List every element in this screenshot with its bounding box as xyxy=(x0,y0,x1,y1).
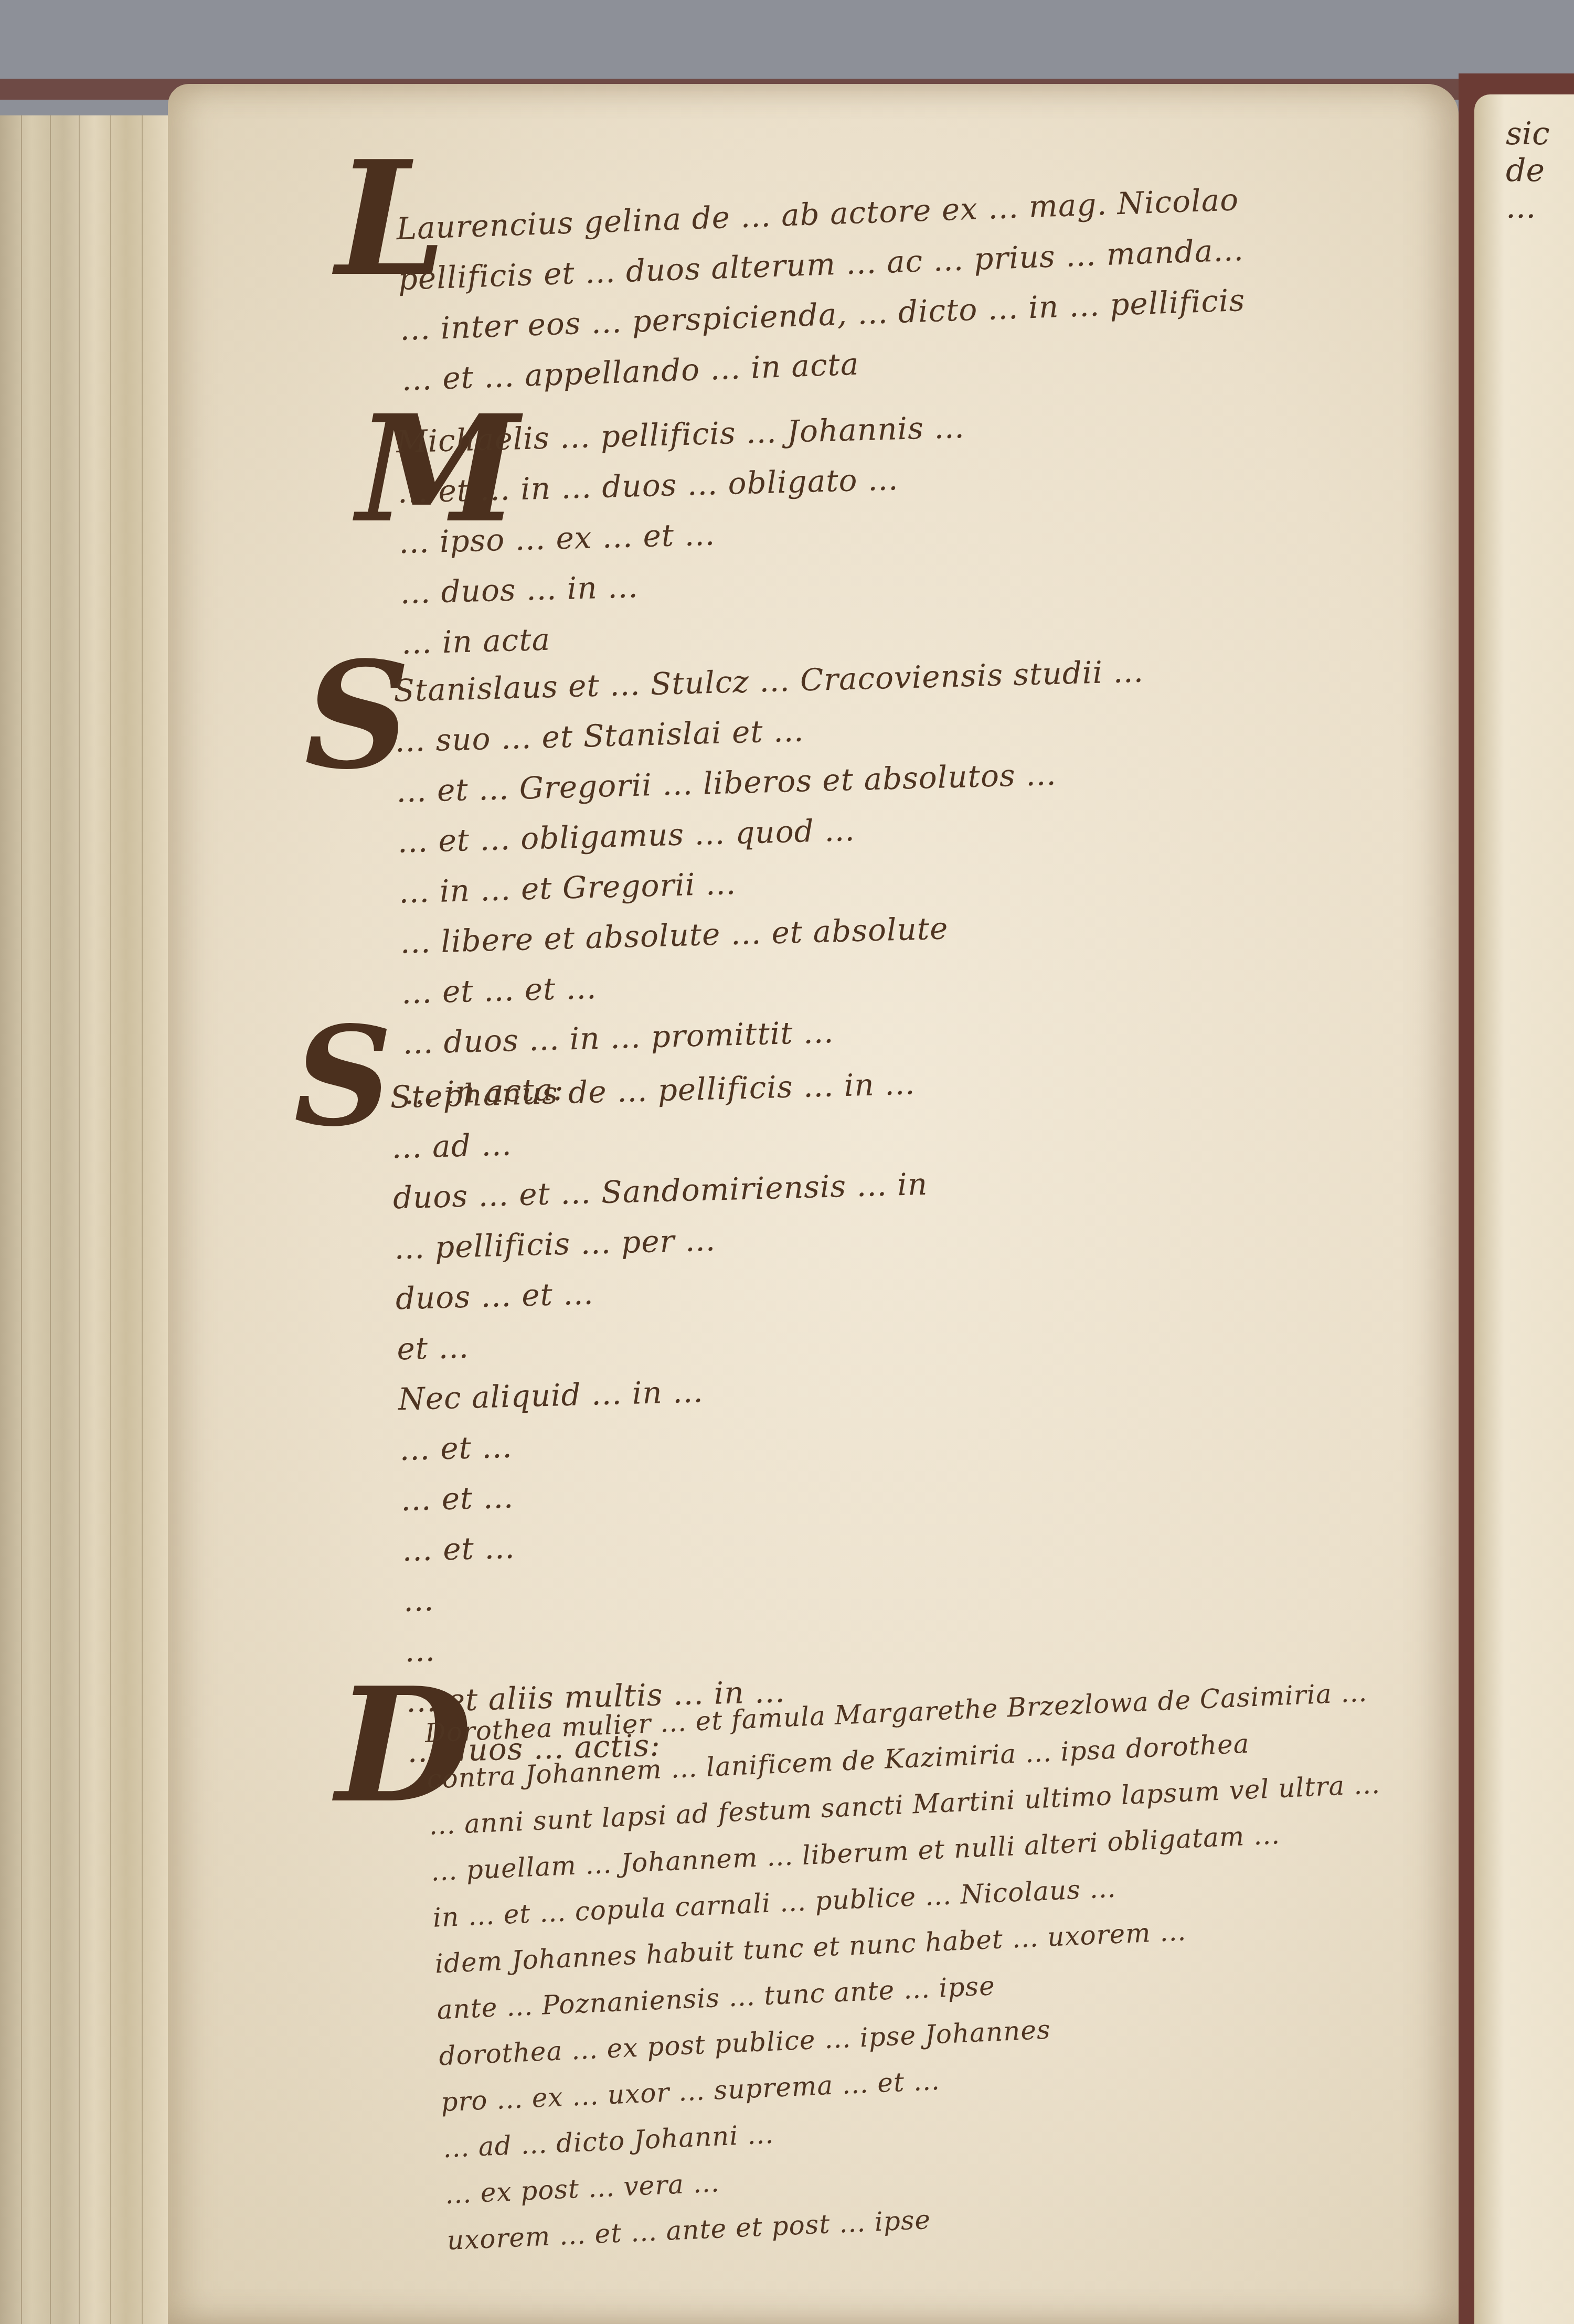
entry-initial: S xyxy=(294,997,392,1157)
facing-page-text: sic de ... xyxy=(1506,115,1574,226)
entry-3: Stanislaus et ... Stulcz ... Cracoviensi… xyxy=(393,646,1155,1118)
facing-page: sic de ... xyxy=(1474,94,1574,2324)
entry-2: Michaelis ... pellificis ... Johannis ..… xyxy=(396,402,971,668)
entry-1: Laurencius gelina de ... ab actore ex ..… xyxy=(396,174,1248,405)
entry-5: Dorothea mulier ... et famula Margarethe… xyxy=(424,1669,1399,2264)
entry-4: Stephanus de ... pellificis ... in ... .… xyxy=(390,1058,943,1777)
